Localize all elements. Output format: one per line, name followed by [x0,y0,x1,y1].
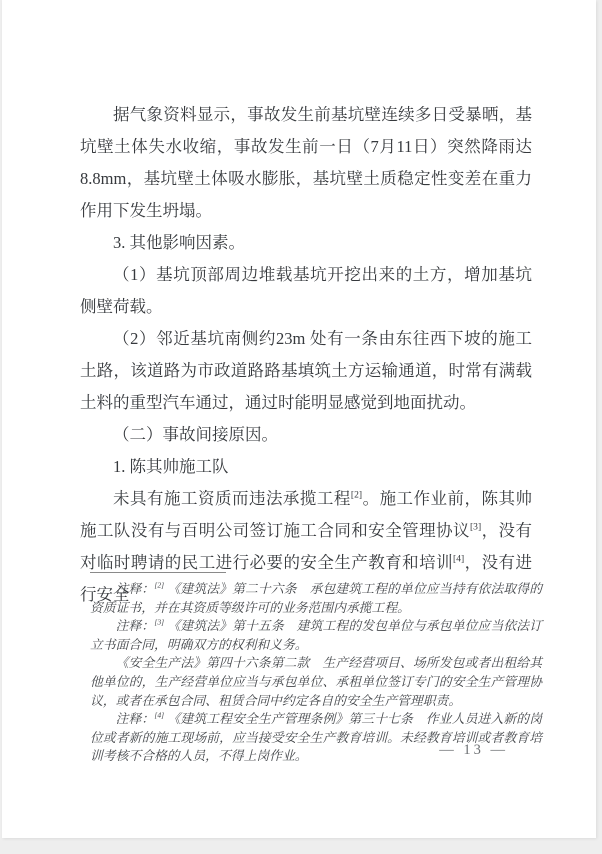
footnote-list: 注释：[2] 《建筑法》第二十六条 承包建筑工程的单位应当持有依法取得的资质证书… [90,580,542,766]
body-paragraph: 据气象资料显示，事故发生前基坑壁连续多日受暴晒，基坑壁土体失水收缩，事故发生前一… [80,99,532,227]
footnote-ref: [2] [351,490,362,501]
footnotes-section: 注释：[2] 《建筑法》第二十六条 承包建筑工程的单位应当持有依法取得的资质证书… [90,572,542,766]
scan-background: 据气象资料显示，事故发生前基坑壁连续多日受暴晒，基坑壁土体失水收缩，事故发生前一… [0,0,602,854]
body-paragraph: （1）基坑顶部周边堆载基坑开挖出来的土方，增加基坑侧壁荷载。 [80,259,532,323]
body-paragraph: （2）邻近基坑南侧约23m 处有一条由东往西下坡的施工土路，该道路为市政道路路基… [80,323,532,419]
page-number: — 13 — [439,742,508,759]
footnote-item: 注释：[2] 《建筑法》第二十六条 承包建筑工程的单位应当持有依法取得的资质证书… [90,580,542,617]
body-paragraph: 3. 其他影响因素。 [80,227,532,259]
footnote-item: 《安全生产法》第四十六条第二款 生产经营项目、场所发包或者出租给其他单位的，生产… [90,654,542,710]
footnote-ref: [4] [453,554,464,565]
footnote-separator [90,572,226,573]
body-paragraph: （二）事故间接原因。 [80,419,532,451]
footnote-marker: [3] [154,618,164,627]
body-paragraph: 1. 陈其帅施工队 [80,451,532,483]
footnote-marker: [4] [154,711,164,720]
footnote-marker: [2] [154,581,164,590]
document-page: 据气象资料显示，事故发生前基坑壁连续多日受暴晒，基坑壁土体失水收缩，事故发生前一… [2,0,596,838]
footnote-item: 注释：[3] 《建筑法》第十五条 建筑工程的发包单位与承包单位应当依法订立书面合… [90,617,542,654]
footnote-ref: [3] [470,522,481,533]
report-body: 据气象资料显示，事故发生前基坑壁连续多日受暴晒，基坑壁土体失水收缩，事故发生前一… [80,99,532,611]
